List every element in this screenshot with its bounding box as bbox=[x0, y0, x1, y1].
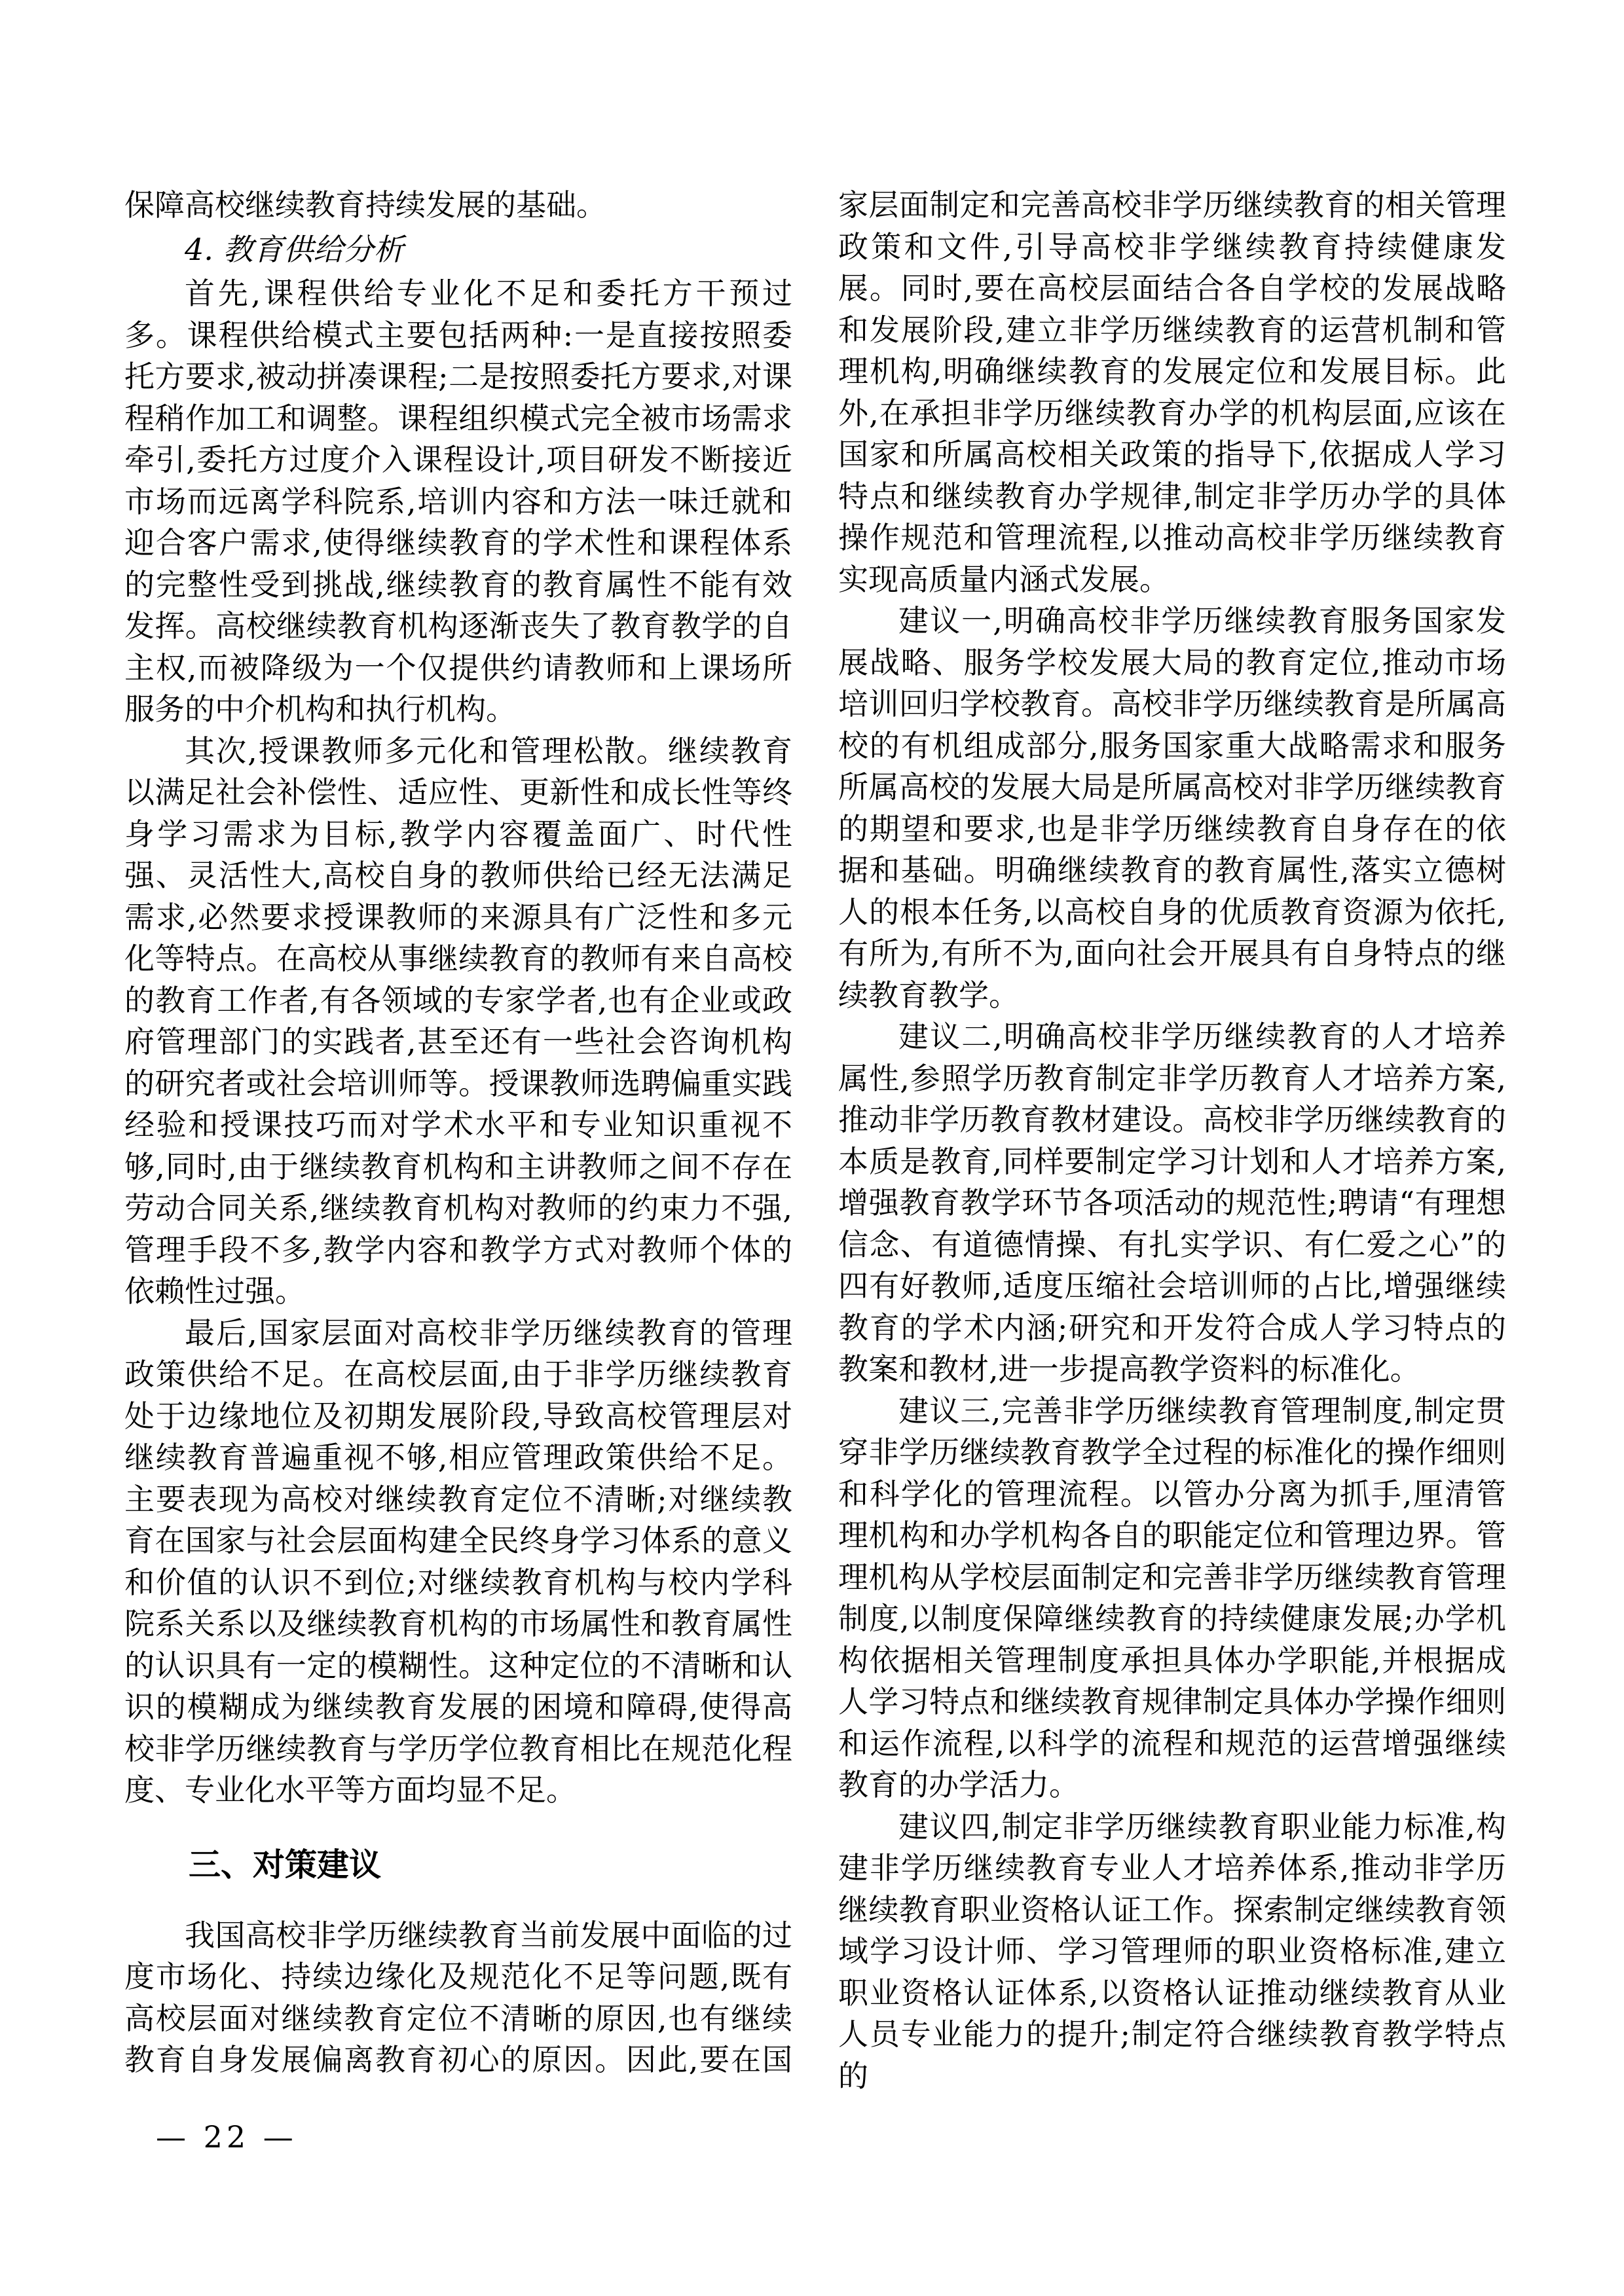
section-heading: 三、对策建议 bbox=[124, 1846, 792, 1885]
document-page: 保障高校继续教育持续发展的基础。 4. 教育供给分析 首先,课程供给专业化不足和… bbox=[0, 0, 1624, 2296]
paragraph: 建议二,明确高校非学历继续教育的人才培养属性,参照学历教育制定非学历教育人才培养… bbox=[838, 1016, 1506, 1391]
paragraph: 保障高校继续教育持续发展的基础。 bbox=[124, 185, 792, 227]
paragraph: 首先,课程供给专业化不足和委托方干预过多。课程供给模式主要包括两种:一是直接按照… bbox=[124, 273, 792, 731]
paragraph: 建议一,明确高校非学历继续教育服务国家发展战略、服务学校发展大局的教育定位,推动… bbox=[838, 600, 1506, 1016]
page-number: — 22 — bbox=[156, 2117, 297, 2157]
article-body: 保障高校继续教育持续发展的基础。 4. 教育供给分析 首先,课程供给专业化不足和… bbox=[124, 185, 1506, 2106]
paragraph: 建议四,制定非学历继续教育职业能力标准,构建非学历继续教育专业人才培养体系,推动… bbox=[838, 1806, 1506, 2098]
subsection-heading: 4. 教育供给分析 bbox=[124, 229, 792, 271]
paragraph: 其次,授课教师多元化和管理松散。继续教育以满足社会补偿性、适应性、更新性和成长性… bbox=[124, 731, 792, 1313]
paragraph: 建议三,完善非学历继续教育管理制度,制定贯穿非学历继续教育教学全过程的标准化的操… bbox=[838, 1391, 1506, 1806]
paragraph: 最后,国家层面对高校非学历继续教育的管理政策供给不足。在高校层面,由于非学历继续… bbox=[124, 1313, 792, 1812]
